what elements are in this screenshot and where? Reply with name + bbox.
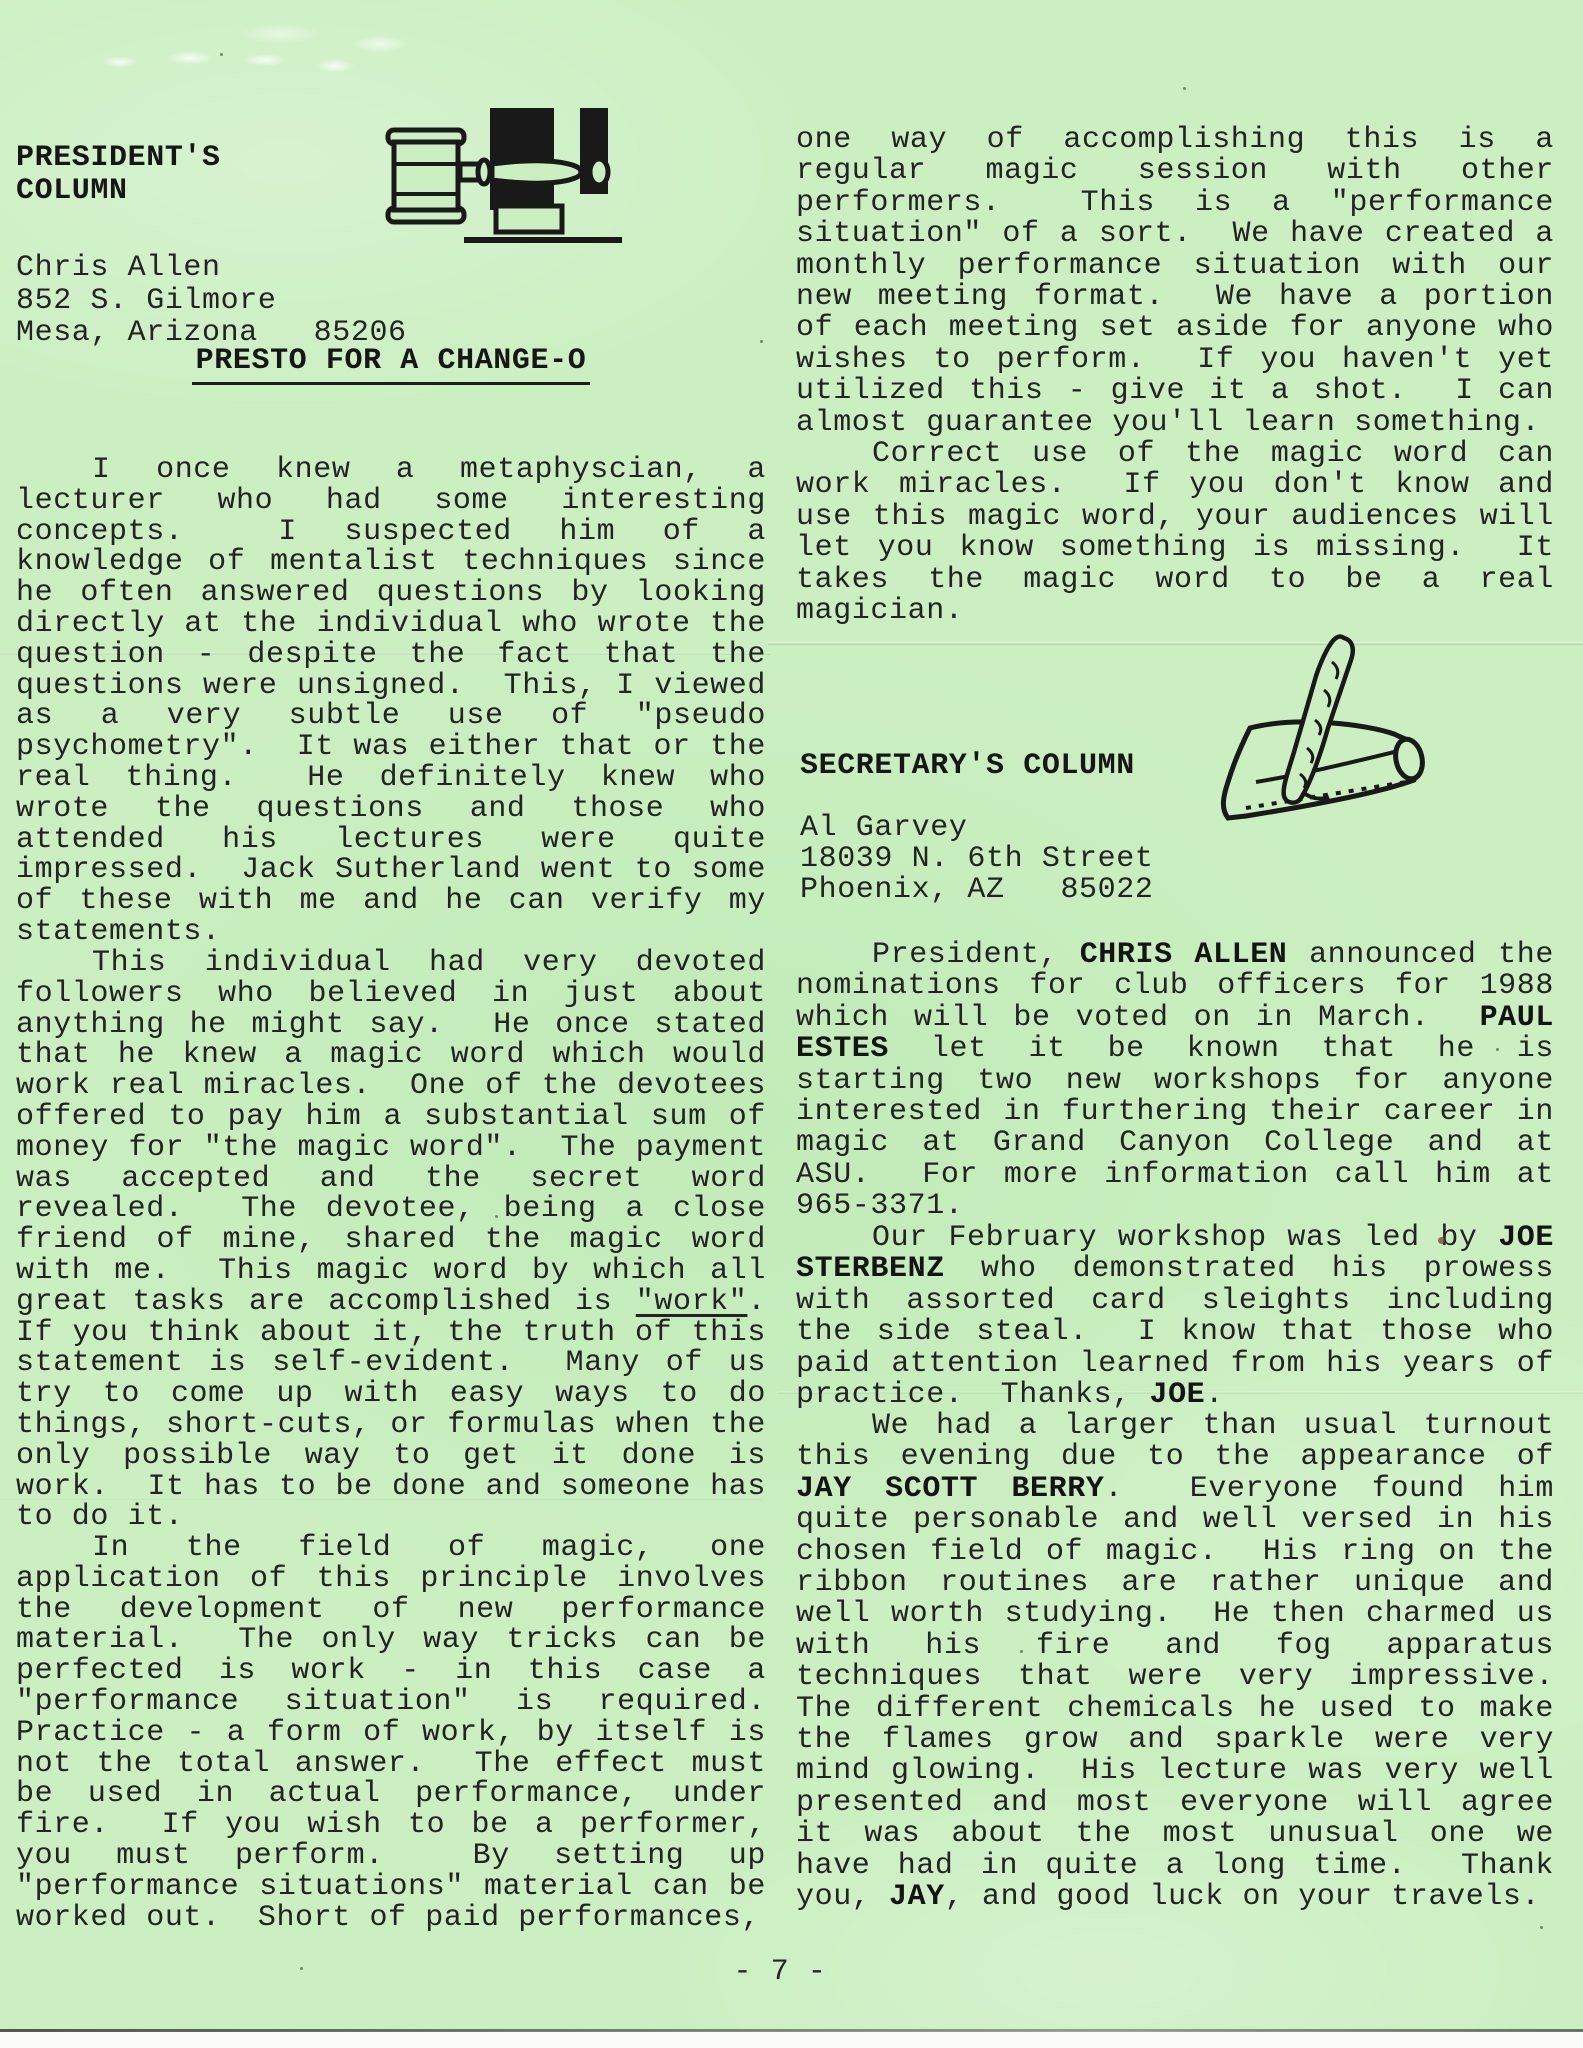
text-run: Our February workshop was led by	[872, 1221, 1498, 1255]
scan-speck	[1020, 1650, 1023, 1653]
scan-speck	[220, 53, 223, 56]
scan-speck	[1540, 1926, 1543, 1929]
paragraph-text: President, CHRIS ALLEN announced the nom…	[796, 940, 1554, 1223]
article-heading: PRESTO FOR A CHANGE-O	[192, 344, 591, 385]
author-address: Phoenix, AZ 85022	[800, 875, 1153, 906]
scan-edge	[0, 2029, 1583, 2032]
scan-speck	[300, 1967, 303, 1970]
page-number: - 7 -	[0, 1955, 1560, 1989]
president-paragraph-2: This individual had very devoted followe…	[16, 948, 766, 1533]
text-run: We had a larger than usual turnout this …	[796, 1409, 1573, 1474]
scan-speck	[760, 340, 763, 343]
president-paragraph-3: In the field of magic, one application o…	[16, 1533, 766, 1933]
paragraph-text: In the field of magic, one application o…	[16, 1533, 766, 1933]
title-line: COLUMN	[16, 175, 221, 208]
gavel-icon	[378, 106, 622, 248]
text-run: President,	[872, 938, 1080, 972]
newsletter-page: PRESIDENT'S COLUMN	[0, 0, 1583, 2048]
paragraph-text: This individual had very devoted followe…	[16, 948, 766, 1533]
text-run: one way of accomplishing this is a regul…	[796, 123, 1573, 440]
scan-speck	[495, 1215, 498, 1218]
author-address: 18039 N. 6th Street	[800, 844, 1153, 875]
article-heading-row: PRESTO FOR A CHANGE-O	[16, 344, 766, 385]
underlined-text: "work"	[636, 1285, 748, 1319]
author-name: Chris Allen	[16, 252, 407, 285]
axe-icon	[1216, 632, 1436, 828]
scan-speck	[1496, 1048, 1499, 1051]
president-column-title: PRESIDENT'S COLUMN	[16, 142, 221, 208]
text-run: let it be known that he is starting two …	[796, 1032, 1573, 1223]
secretary-paragraph-1: President, CHRIS ALLEN announced the nom…	[796, 940, 1554, 1223]
paragraph-text: I once knew a metaphyscian, a lecturer w…	[16, 455, 766, 948]
text-run: Correct use of the magic word can work m…	[796, 437, 1573, 628]
text-run: .	[1205, 1378, 1224, 1412]
ink-dot	[1438, 1237, 1445, 1244]
paragraph-text: We had a larger than usual turnout this …	[796, 1411, 1554, 1914]
president-paragraph-1: I once knew a metaphyscian, a lecturer w…	[16, 455, 766, 948]
paragraph-text: one way of accomplishing this is a regul…	[796, 125, 1554, 439]
paragraph-text: Correct use of the magic word can work m…	[796, 439, 1554, 627]
continuation-paragraph-2: Correct use of the magic word can work m…	[796, 439, 1554, 627]
title-line: PRESIDENT'S	[16, 142, 221, 175]
secretary-paragraph-3: We had a larger than usual turnout this …	[796, 1411, 1554, 1914]
text-run: . If you think about it, the truth of th…	[16, 1285, 803, 1535]
president-author-block: Chris Allen 852 S. Gilmore Mesa, Arizona…	[16, 252, 407, 350]
text-run: In the field of magic, one application o…	[16, 1531, 803, 1935]
paragraph-text: Our February workshop was led by JOE STE…	[796, 1223, 1554, 1411]
author-address: 852 S. Gilmore	[16, 285, 407, 318]
secretary-paragraph-2: Our February workshop was led by JOE STE…	[796, 1223, 1554, 1411]
text-run: . Everyone found him quite personable an…	[796, 1472, 1583, 1914]
scan-speck	[1183, 87, 1186, 90]
author-name: Al Garvey	[800, 813, 1153, 844]
bold-name-text: JOE	[1149, 1378, 1205, 1412]
secretary-author-block: Al Garvey 18039 N. 6th Street Phoenix, A…	[800, 813, 1153, 906]
bold-name-text: JAY	[889, 1880, 945, 1914]
text-run: I once knew a metaphyscian, a lecturer w…	[16, 453, 785, 949]
text-run: , and good luck on your travels.	[945, 1880, 1540, 1914]
secretary-column-title: SECRETARY'S COLUMN	[800, 749, 1135, 783]
text-run: This individual had very devoted followe…	[16, 946, 785, 1319]
bold-name-text: CHRIS ALLEN	[1080, 938, 1288, 972]
continuation-paragraph-1: one way of accomplishing this is a regul…	[796, 125, 1554, 439]
bold-name-text: JAY SCOTT BERRY	[796, 1472, 1104, 1506]
